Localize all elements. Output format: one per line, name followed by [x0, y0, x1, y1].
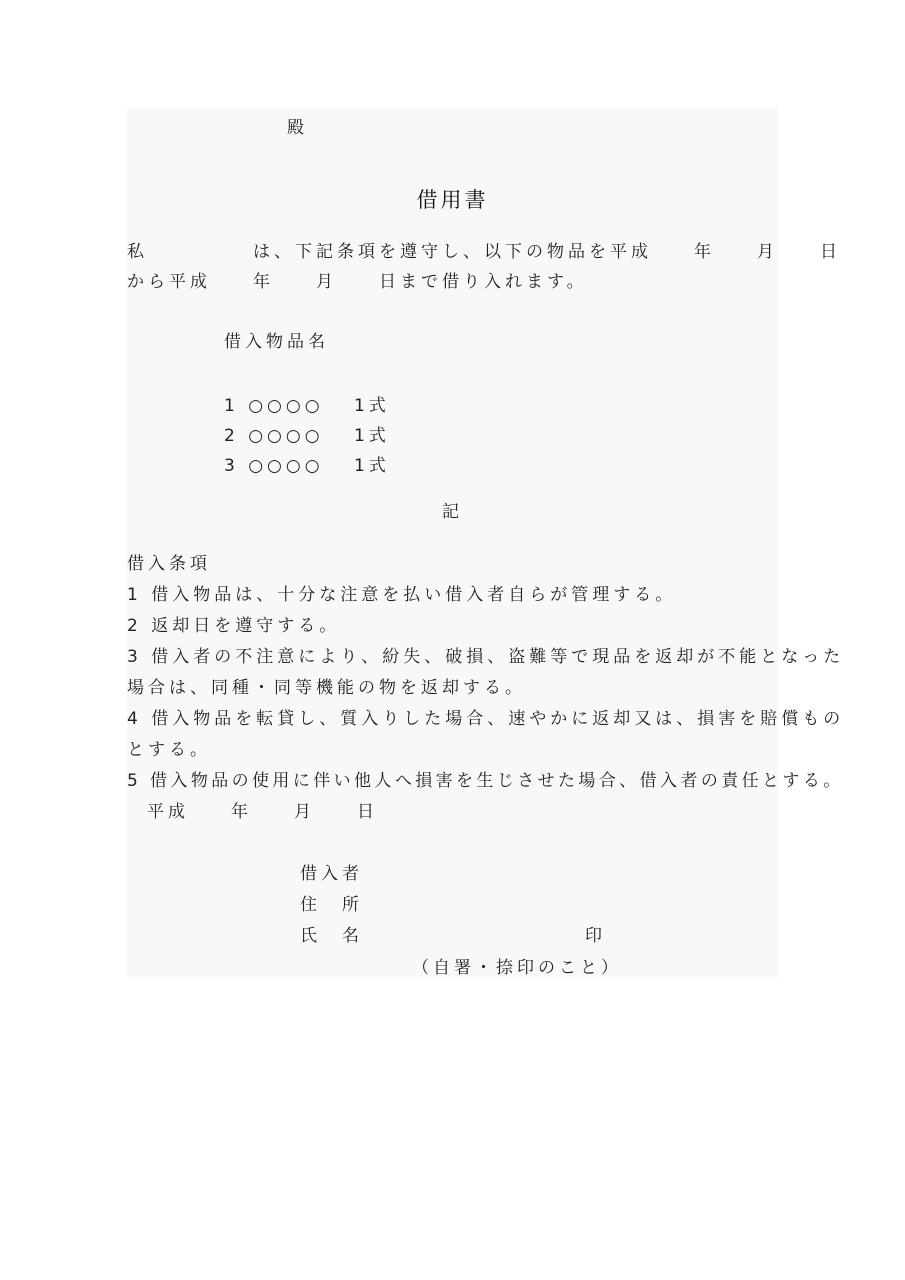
- signature-note: （自署・捺印のこと）: [412, 957, 622, 979]
- item-row: 2 ○○○○ 1式: [224, 425, 390, 447]
- term-line: 場合は、同種・同等機能の物を返却する。: [127, 677, 526, 699]
- intro-line-2: から平成 年 月 日まで借り入れます。: [127, 271, 588, 293]
- seal-label: 印: [585, 925, 606, 947]
- name-label: 氏 名: [300, 925, 363, 947]
- terms-heading: 借入条項: [127, 553, 211, 575]
- term-line: 1 借入物品は、十分な注意を払い借入者自らが管理する。: [127, 584, 676, 606]
- item-row: 1 ○○○○ 1式: [224, 395, 390, 417]
- intro-line-1: 私 は、下記条項を遵守し、以下の物品を平成 年 月 日: [127, 241, 841, 263]
- borrower-label: 借入者: [300, 863, 363, 885]
- addressee-suffix: 殿: [287, 117, 308, 139]
- term-line: 5 借入物品の使用に伴い他人へ損害を生じさせた場合、借入者の責任とする。: [127, 770, 844, 792]
- term-line: 3 借入者の不注意により、紛失、破損、盗難等で現品を返却が不能となった: [127, 646, 844, 668]
- document-title: 借用書: [127, 187, 778, 213]
- items-heading: 借入物品名: [224, 331, 329, 353]
- signature-date: 平成 年 月 日: [147, 801, 378, 823]
- address-label: 住 所: [300, 894, 363, 916]
- item-row: 3 ○○○○ 1式: [224, 455, 390, 477]
- document-page: 殿 借用書 私 は、下記条項を遵守し、以下の物品を平成 年 月 日 から平成 年…: [127, 107, 778, 977]
- ki-marker: 記: [127, 501, 778, 523]
- term-line: 4 借入物品を転貸し、質入りした場合、速やかに返却又は、損害を賠償もの: [127, 708, 844, 730]
- term-line: とする。: [127, 739, 211, 761]
- term-line: 2 返却日を遵守する。: [127, 615, 340, 637]
